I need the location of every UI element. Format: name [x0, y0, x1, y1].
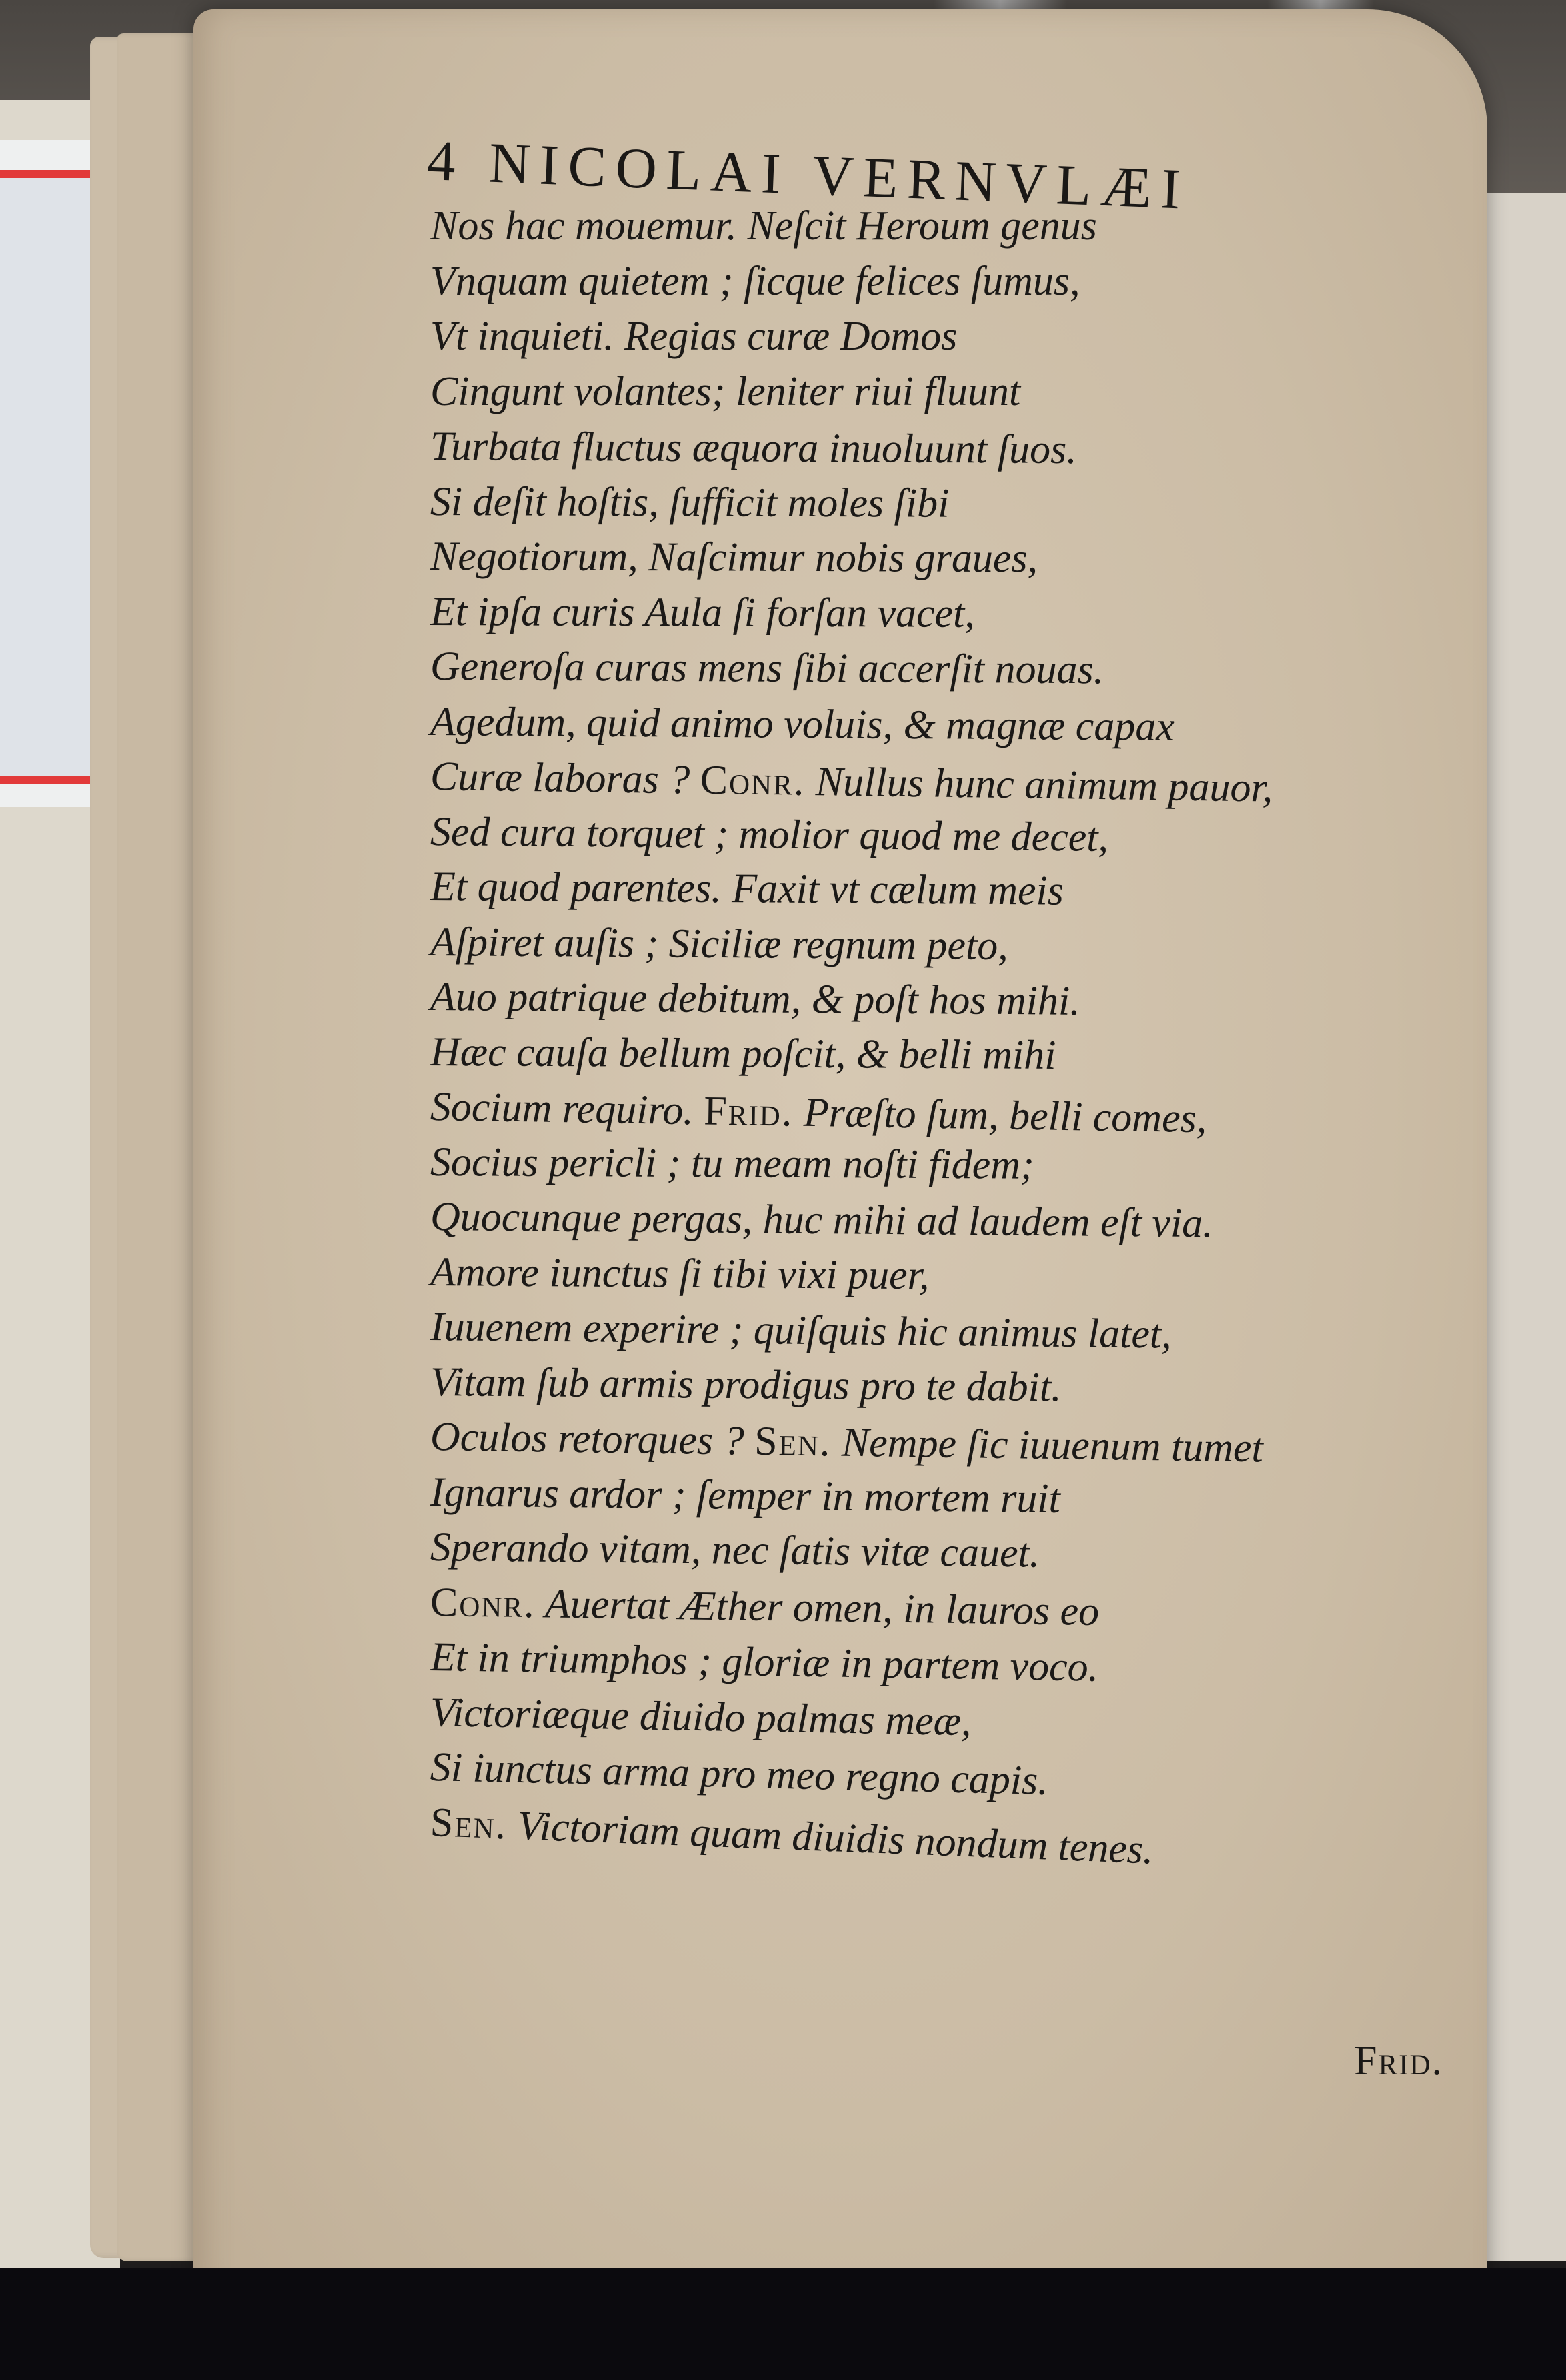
- verse-line: Sed cura torquet ; molior quod me decet,: [430, 804, 1498, 868]
- verse-line: Cingunt volantes; leniter riui fluunt: [430, 364, 1497, 420]
- verse-text: Auo patrique debitum, & poſt hos mihi.: [430, 974, 1080, 1024]
- verse-text: Amore iunctus ſi tibi vixi puer,: [430, 1249, 930, 1298]
- verse-text: Vnquam quietem ; ſicque felices ſumus,: [430, 259, 1080, 304]
- verse-text: Generoſa curas mens ſibi accerſit nouas.: [430, 644, 1104, 692]
- verse-line: Et quod parentes. Faxit vt cælum meis: [430, 859, 1498, 922]
- verse-line: Generoſa curas mens ſibi accerſit nouas.: [430, 639, 1497, 700]
- verse-text: Turbata fluctus æquora inuoluunt ſuos.: [430, 424, 1077, 472]
- verse-line: Agedum, quid animo voluis, & magnæ capax: [430, 694, 1498, 757]
- verse-text: Si iunctus arma pro meo regno capis.: [430, 1744, 1048, 1804]
- verse-text: Nullus hunc animum pauor,: [805, 759, 1273, 811]
- verse-text: Socium requiro.: [430, 1084, 704, 1133]
- verse-line: Vt inquieti. Regias curæ Domos: [430, 309, 1497, 364]
- verse-text: Curæ laboras ?: [430, 754, 701, 803]
- verse-line: Aſpiret auſis ; Siciliæ regnum peto,: [430, 915, 1498, 977]
- verse-text: Ignarus ardor ; ſemper in mortem ruit: [430, 1469, 1061, 1522]
- verse-line: Socius pericli ; tu meam noſti fidem;: [430, 1135, 1497, 1195]
- verse-text: Præſto ſum, belli comes,: [793, 1090, 1207, 1142]
- verse-text: Socius pericli ; tu meam noſti fidem;: [430, 1139, 1034, 1188]
- verse-text: Sed cura torquet ; molior quod me decet,: [430, 809, 1109, 860]
- verse-text: Sperando vitam, nec ſatis vitæ cauet.: [430, 1524, 1040, 1576]
- verse-text: Si deſit hoſtis, ſufficit moles ſibi: [430, 479, 950, 526]
- verse-line: Si deſit hoſtis, ſufficit moles ſibi: [430, 474, 1497, 533]
- speaker-name: Sen.: [754, 1419, 832, 1465]
- verse-text: Quocunque pergas, huc mihi ad laudem eſt…: [430, 1194, 1213, 1246]
- verse-text: Et in triumphos ; gloriæ in partem voco.: [430, 1634, 1098, 1690]
- verse-text: Aſpiret auſis ; Siciliæ regnum peto,: [430, 919, 1008, 969]
- verse-line: Nos hac mouemur. Neſcit Heroum genus: [430, 199, 1497, 254]
- verse-text: Et ipſa curis Aula ſi forſan vacet,: [430, 589, 975, 636]
- verse-line: Sperando vitam, nec ſatis vitæ cauet.: [430, 1520, 1498, 1586]
- verse-line: Auo patrique debitum, & poſt hos mihi.: [430, 969, 1498, 1032]
- verse-line: Vitam ſub armis prodigus pro te dabit.: [430, 1355, 1498, 1419]
- verse-line: Hæc cauſa bellum poſcit, & belli mihi: [430, 1025, 1497, 1085]
- speaker-name: Conr.: [700, 758, 806, 804]
- verse-text: Agedum, quid animo voluis, & magnæ capax: [430, 699, 1174, 750]
- verse-line: Amore iunctus ſi tibi vixi puer,: [430, 1245, 1498, 1307]
- verse-line: Vnquam quietem ; ſicque felices ſumus,: [430, 254, 1497, 310]
- verse-text: Et quod parentes. Faxit vt cælum meis: [430, 864, 1064, 914]
- catchword: Frid.: [1354, 2038, 1443, 2085]
- verse-line: Et ipſa curis Aula ſi forſan vacet,: [430, 584, 1497, 643]
- verse-line: Negotiorum, Naſcimur nobis graues,: [430, 529, 1497, 588]
- speaker-name: Conr.: [430, 1580, 536, 1626]
- verse-text: Victoriæque diuido palmas meæ,: [430, 1690, 972, 1744]
- label-card: [0, 170, 100, 784]
- verse-block: Nos hac mouemur. Neſcit Heroum genusVnqu…: [430, 199, 1497, 1850]
- verse-text: Vt inquieti. Regias curæ Domos: [430, 314, 957, 359]
- verse-text: Nempe ſic iuuenum tumet: [831, 1419, 1263, 1471]
- verse-line: Turbata fluctus æquora inuoluunt ſuos.: [430, 419, 1497, 480]
- verse-text: Auertat Æther omen, in lauros eo: [535, 1581, 1099, 1634]
- verse-text: Vitam ſub armis prodigus pro te dabit.: [430, 1359, 1062, 1410]
- verse-text: Oculos retorques ?: [430, 1414, 755, 1464]
- verse-text: Hæc cauſa bellum poſcit, & belli mihi: [430, 1029, 1056, 1078]
- verse-text: Iuuenem experire ; quiſquis hic animus l…: [430, 1304, 1172, 1357]
- verse-line: Quocunque pergas, huc mihi ad laudem eſt…: [430, 1189, 1498, 1253]
- folio-number: 4: [426, 128, 466, 193]
- verse-text: Negotiorum, Naſcimur nobis graues,: [430, 534, 1038, 581]
- case-shadow: [0, 2268, 1566, 2380]
- speaker-name: Frid.: [704, 1088, 794, 1135]
- verse-text: Nos hac mouemur. Neſcit Heroum genus: [430, 203, 1097, 249]
- speaker-name: Sen.: [430, 1800, 508, 1848]
- verse-text: Cingunt volantes; leniter riui fluunt: [430, 369, 1020, 414]
